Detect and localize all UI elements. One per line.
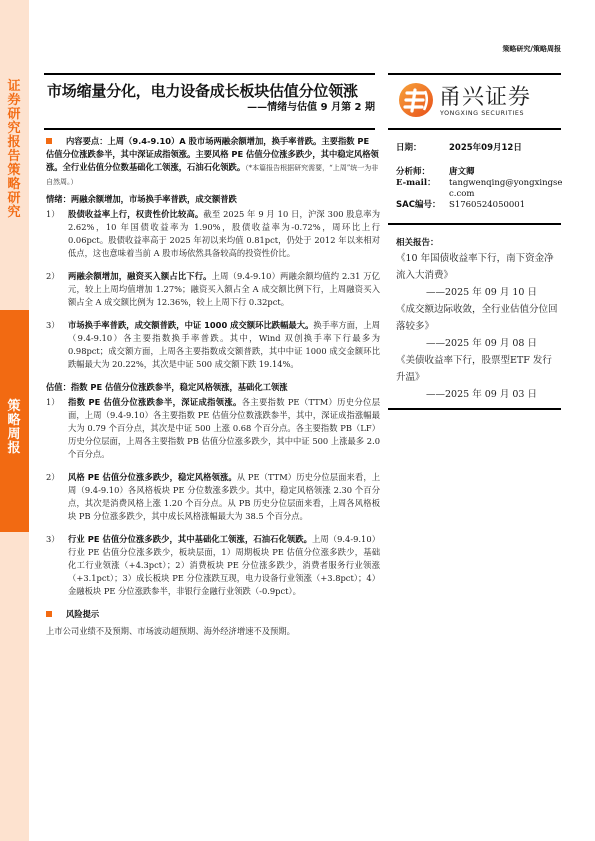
related-reports: 相关报告： 《10 年国债收益率下行，南下资金净流入大消费》 ——2025 年 …: [396, 236, 561, 403]
related-heading: 相关报告：: [396, 236, 561, 250]
valuation-item-1: 1） 指数 PE 估值分位涨跌参半，深证成指领涨。各主要指数 PE（TTM）历史…: [46, 396, 380, 461]
analyst-label: 分析师：: [396, 167, 449, 178]
yongxing-logo-icon: [398, 82, 434, 118]
related-report-date: ——2025 年 09 月 03 日: [396, 386, 561, 403]
sac-number: S1760524050001: [449, 200, 566, 211]
sentiment-heading: 情绪：两融余额增加，市场换手率普跌，成交额普跌: [46, 193, 380, 206]
info-divider: [388, 223, 561, 225]
sidebar: 证券研究报告 策略研究 策略周报: [0, 0, 29, 841]
risk-heading: 风险提示: [66, 609, 99, 619]
report-category: 策略研究/策略周报: [502, 44, 561, 54]
related-report-title[interactable]: 《10 年国债收益率下行，南下资金净流入大消费》: [396, 250, 561, 284]
title-divider-bottom: [44, 128, 375, 130]
main-content: 内容要点：上周（9.4-9.10）A 股市场两融余额增加，换手率普跌。主要指数 …: [46, 135, 380, 638]
sidebar-category-block: 策略周报: [0, 310, 29, 532]
sidebar-report-type: 证券研究报告 策略研究: [4, 80, 24, 220]
item-number: 3）: [46, 533, 68, 598]
related-report-date: ——2025 年 09 月 10 日: [396, 284, 561, 301]
related-divider: [388, 408, 561, 410]
email-row: E-mail： tangwenqing@yongxingsec.com: [396, 178, 566, 200]
date-label: 日期：: [396, 143, 449, 154]
sac-row: SAC编号： S1760524050001: [396, 200, 566, 211]
sentiment-item-2: 2） 两融余额增加，融资买入额占比下行。上周（9.4-9.10）两融余额均值约 …: [46, 270, 380, 309]
item-lead: 市场换手率普跌，成交额普跌，中证 1000 成交额环比跌幅最大。: [68, 320, 313, 330]
sentiment-item-1: 1） 股债收益率上行，权责性价比较高。截至 2025 年 9 月 10 日，沪深…: [46, 208, 380, 260]
bullet-square-icon: [46, 611, 52, 617]
sac-label: SAC编号：: [396, 200, 449, 211]
item-lead: 行业 PE 估值分位涨多跌少，其中基础化工领涨，石油石化领跌。: [68, 534, 312, 544]
item-lead: 指数 PE 估值分位涨跌参半，深证成指领涨。: [68, 397, 242, 407]
email-label: E-mail：: [396, 178, 449, 200]
logo-divider-top: [388, 73, 561, 75]
sentiment-item-3: 3） 市场换手率普跌，成交额普跌，中证 1000 成交额环比跌幅最大。换手率方面…: [46, 319, 380, 371]
email-link[interactable]: tangwenqing@yongxingsec.com: [449, 178, 566, 200]
company-logo: 甬兴证券 YONGXING SECURITIES: [398, 80, 558, 124]
report-info: 日期： 2025年09月12日 分析师： 唐文卿 E-mail： tangwen…: [396, 143, 566, 211]
analyst-row: 分析师： 唐文卿: [396, 167, 566, 178]
related-report-date: ——2025 年 09 月 08 日: [396, 335, 561, 352]
bullet-square-icon: [46, 138, 52, 144]
item-lead: 股债收益率上行，权责性价比较高。: [68, 209, 203, 219]
item-number: 1）: [46, 396, 68, 461]
date-row: 日期： 2025年09月12日: [396, 143, 566, 154]
page-subtitle: ——情绪与估值 9 月第 2 期: [247, 98, 375, 113]
item-number: 3）: [46, 319, 68, 371]
valuation-heading: 估值：指数 PE 估值分位涨跌参半，稳定风格领涨，基础化工领涨: [46, 381, 380, 394]
item-number: 2）: [46, 471, 68, 523]
title-divider-top: [44, 73, 375, 75]
risk-text: 上市公司业绩不及预期、市场波动超预期、海外经济增速不及预期。: [46, 625, 380, 638]
summary: 内容要点：上周（9.4-9.10）A 股市场两融余额增加，换手率普跌。主要指数 …: [46, 135, 380, 189]
item-number: 1）: [46, 208, 68, 260]
logo-chinese-name: 甬兴证券: [439, 80, 531, 111]
logo-divider-bottom: [388, 128, 561, 130]
related-report-title[interactable]: 《美债收益率下行，股票型ETF 发行升温》: [396, 352, 561, 386]
item-number: 2）: [46, 270, 68, 309]
related-report-title[interactable]: 《成交额边际收敛，全行业估值分位回落较多》: [396, 301, 561, 335]
risk-heading-row: 风险提示: [46, 608, 380, 621]
item-lead: 风格 PE 估值分位涨多跌少，稳定风格领涨。: [68, 472, 237, 482]
valuation-item-3: 3） 行业 PE 估值分位涨多跌少，其中基础化工领涨，石油石化领跌。上周（9.4…: [46, 533, 380, 598]
logo-english-name: YONGXING SECURITIES: [440, 110, 524, 117]
date-value: 2025年09月12日: [449, 143, 566, 154]
analyst-name: 唐文卿: [449, 167, 566, 178]
sidebar-category-label: 策略周报: [4, 400, 24, 456]
valuation-item-2: 2） 风格 PE 估值分位涨多跌少，稳定风格领涨。从 PE（TTM）历史分位层面…: [46, 471, 380, 523]
item-lead: 两融余额增加，融资买入额占比下行。: [68, 271, 212, 281]
